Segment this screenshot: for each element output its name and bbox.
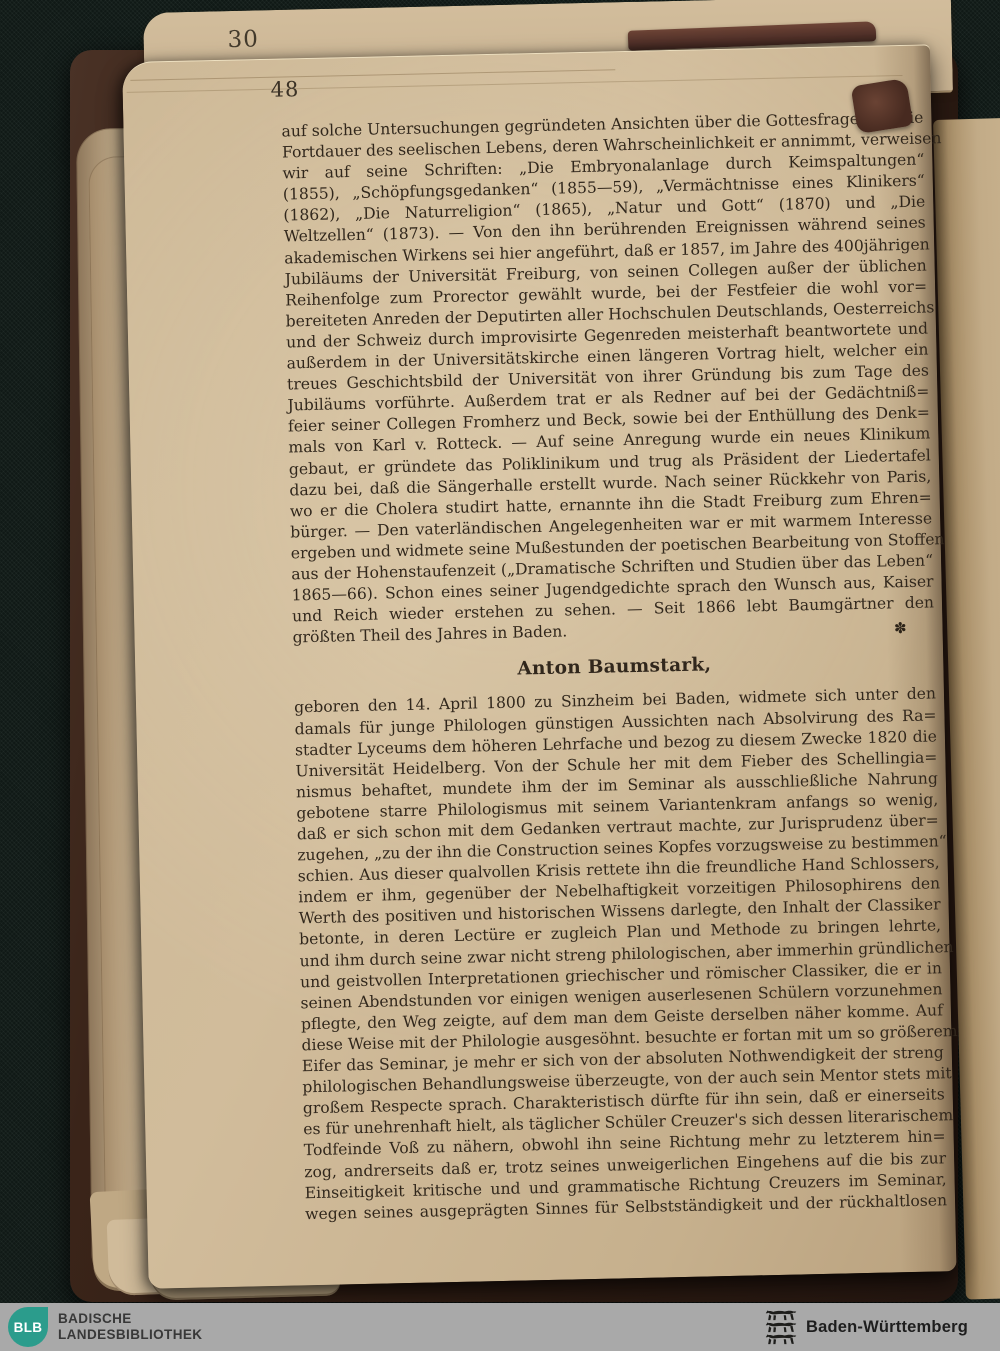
- page-text-block: auf solche Untersuchungen gegründeten An…: [281, 108, 947, 1226]
- library-name-line2: LANDESBIBLIOTHEK: [58, 1327, 202, 1343]
- paper-crease: [130, 69, 615, 81]
- lion-icon: [765, 1310, 797, 1321]
- section-heading: Anton Baumstark,: [293, 650, 935, 685]
- lion-icon: [765, 1322, 797, 1333]
- previous-page-number: 30: [227, 26, 259, 53]
- paragraph-2: geboren den 14. April 1800 zu Sinzheim b…: [294, 684, 947, 1225]
- leather-damage-chip: [851, 78, 914, 134]
- book-page: 48 auf solche Untersuchungen gegründeten…: [122, 44, 957, 1288]
- coat-of-arms-lions-icon: [765, 1310, 797, 1345]
- library-name: BADISCHE LANDESBIBLIOTHEK: [58, 1311, 202, 1343]
- viewer-footer-bar: BLB BADISCHE LANDESBIBLIOTHEK Baden-Würt…: [0, 1303, 1000, 1351]
- blb-logo[interactable]: BLB: [8, 1307, 48, 1347]
- scanned-book-viewer: 30 48 auf solche Untersuchungen gegründe…: [0, 0, 1000, 1351]
- state-name: Baden-Württemberg: [806, 1318, 968, 1337]
- library-name-line1: BADISCHE: [58, 1311, 202, 1327]
- library-branding: BLB BADISCHE LANDESBIBLIOTHEK: [0, 1307, 202, 1347]
- page-number: 48: [270, 77, 299, 102]
- flower-ornament-icon: ✽: [894, 618, 907, 639]
- lion-icon: [765, 1334, 797, 1345]
- state-branding: Baden-Württemberg: [765, 1310, 1000, 1345]
- paragraph-1: auf solche Untersuchungen gegründeten An…: [281, 108, 934, 628]
